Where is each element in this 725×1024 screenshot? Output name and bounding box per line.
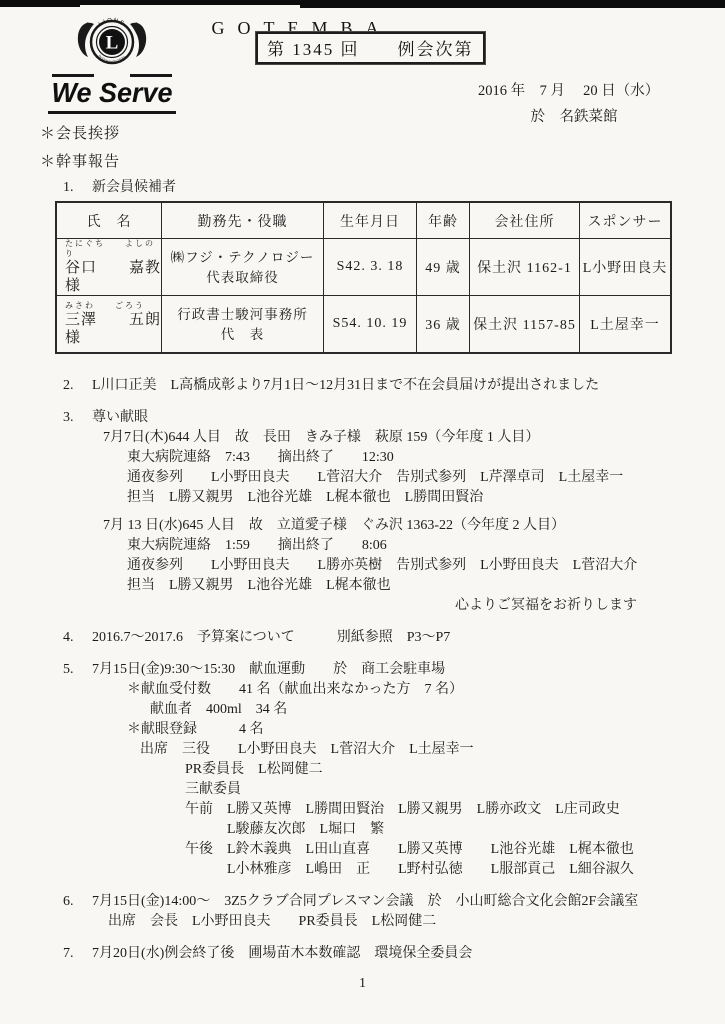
meeting-date: 2016 年 7 月 20 日（水） bbox=[478, 79, 670, 100]
item-number: 2. bbox=[63, 376, 92, 396]
workplace: ㈱フジ・テクノロジー bbox=[171, 249, 315, 266]
member-name: 三澤 五朗様 bbox=[65, 311, 161, 347]
item-title: 尊い献眼 bbox=[92, 410, 148, 425]
table-row-1-age: 49 歳 bbox=[417, 239, 470, 296]
col-header-company-address: 会社住所 bbox=[470, 203, 580, 239]
table-row-2-sponsor: L土屋幸一 bbox=[580, 296, 670, 352]
agenda-item-1: 1.新会員候補者 bbox=[0, 178, 725, 198]
scanned-meeting-agenda-page: LIONS INTERNATIONAL L We Serve GOTEMBA 第… bbox=[0, 0, 725, 1024]
item-title: 7月15日(金)9:30～15:30 献血運動 於 商工会駐車場 bbox=[92, 662, 445, 677]
item-number: 3. bbox=[63, 408, 92, 428]
table-row-1-name: たにぐち よしのり 谷口 嘉教様 bbox=[57, 239, 162, 296]
job-title: 代表取締役 bbox=[206, 269, 279, 286]
table-row-2-birthdate: S54. 10. 19 bbox=[324, 296, 417, 352]
agenda-item-2: 2.L川口正美 L高橋成彰より7月1日～12月31日まで不在会員届けが提出されま… bbox=[0, 376, 725, 396]
lions-emblem-icon: LIONS INTERNATIONAL L bbox=[74, 12, 150, 74]
table-row-2-address: 保土沢 1157-85 bbox=[470, 296, 580, 352]
condolence-message: 心よりご冥福をお祈りします bbox=[0, 596, 725, 616]
job-title: 代 表 bbox=[221, 326, 265, 343]
furigana: みさわ ごろう bbox=[65, 301, 145, 311]
eye-donation-entry-1: 7月7日(木)644 人目 故 長田 きみ子様 萩原 159（今年度 1 人目） bbox=[0, 428, 725, 448]
agenda-body: ＊会長挨拶 ＊幹事報告 1.新会員候補者 氏 名 勤務先・役職 生年月日 年齢 … bbox=[0, 122, 725, 992]
item-number: 7. bbox=[63, 944, 92, 964]
blood-donors: 献血者 400ml 34 名 bbox=[0, 700, 725, 720]
lions-club-logo: LIONS INTERNATIONAL L We Serve bbox=[42, 12, 182, 114]
agenda-item-3: 3.尊い献眼 bbox=[0, 408, 725, 428]
agenda-item-5: 5.7月15日(金)9:30～15:30 献血運動 於 商工会駐車場 bbox=[0, 660, 725, 680]
item-number: 1. bbox=[63, 178, 92, 198]
hospital-contact-2: 東大病院連絡 1:59 摘出終了 8:06 bbox=[0, 536, 725, 556]
pressman-meeting-attendees: 出席 会長 L小野田良夫 PR委員長 L松岡健二 bbox=[0, 912, 725, 932]
col-header-age: 年齢 bbox=[417, 203, 470, 239]
furigana: たにぐち よしのり bbox=[65, 239, 161, 259]
eye-donation-entry-2: 7月 13 日(水)645 人目 故 立道愛子様 ぐみ沢 1363-22（今年度… bbox=[0, 516, 725, 536]
table-row-1-address: 保土沢 1162-1 bbox=[470, 239, 580, 296]
table-row-1-birthdate: S42. 3. 18 bbox=[324, 239, 417, 296]
blood-donation-count: ＊献血受付数 41 名（献血出来なかった方 7 名） bbox=[0, 680, 725, 700]
scan-artifact-bar-left bbox=[0, 0, 80, 7]
new-member-table: 氏 名 勤務先・役職 生年月日 年齢 会社住所 スポンサー たにぐち よしのり … bbox=[55, 201, 672, 354]
item-number: 4. bbox=[63, 628, 92, 648]
morning-members: 午前 L勝又英博 L勝間田賢治 L勝又親男 L勝亦政文 L庄司政史 bbox=[0, 800, 725, 820]
lions-l-mark: L bbox=[106, 33, 119, 54]
secretary-report: ＊幹事報告 bbox=[0, 150, 725, 174]
we-serve-motto: We Serve bbox=[42, 78, 182, 110]
col-header-sponsor: スポンサー bbox=[580, 203, 670, 239]
workplace: 行政書士駿河事務所 bbox=[177, 306, 308, 323]
afternoon-members: 午後 L鈴木義典 L田山直喜 L勝又英博 L池谷光雄 L梶本徹也 bbox=[0, 840, 725, 860]
afternoon-members-cont: L小林雅彦 L嶋田 正 L野村弘徳 L服部貢己 L細谷淑久 bbox=[0, 860, 725, 880]
wake-attendees-2: 通夜参列 L小野田良夫 L勝亦英樹 告別式参列 L小野田良夫 L菅沼大介 bbox=[0, 556, 725, 576]
president-greeting: ＊会長挨拶 bbox=[0, 122, 725, 146]
table-row-1-workplace: ㈱フジ・テクノロジー 代表取締役 bbox=[162, 239, 324, 296]
table-row-2-name: みさわ ごろう 三澤 五朗様 bbox=[57, 296, 162, 352]
meeting-title-box: 第 1345 回 例会次第 bbox=[256, 32, 485, 64]
agenda-item-7: 7.7月20日(水)例会終了後 圃場苗木本数確認 環境保全委員会 bbox=[0, 944, 725, 964]
agenda-item-4: 4.2016.7～2017.6 予算案について 別紙参照 P3～P7 bbox=[0, 628, 725, 648]
persons-in-charge-2: 担当 L勝又親男 L池谷光雄 L梶本徹也 bbox=[0, 576, 725, 596]
wake-attendees-1: 通夜参列 L小野田良夫 L菅沼大介 告別式参列 L芹澤卓司 L土屋幸一 bbox=[0, 468, 725, 488]
item-title: 7月15日(金)14:00～ 3Z5クラブ合同プレスマン会議 於 小山町総合文化… bbox=[92, 894, 638, 909]
item-title: 新会員候補者 bbox=[92, 180, 176, 195]
scan-artifact-bar-mid bbox=[300, 0, 725, 8]
item-number: 6. bbox=[63, 892, 92, 912]
logo-line-left bbox=[52, 74, 94, 77]
motto-underline bbox=[48, 111, 176, 114]
agenda-item-6: 6.7月15日(金)14:00～ 3Z5クラブ合同プレスマン会議 於 小山町総合… bbox=[0, 892, 725, 912]
eye-donation-registration: ＊献眼登録 4 名 bbox=[0, 720, 725, 740]
item-title: L川口正美 L高橋成彰より7月1日～12月31日まで不在会員届けが提出されました bbox=[92, 378, 599, 393]
table-row-2-age: 36 歳 bbox=[417, 296, 470, 352]
table-row-2-workplace: 行政書士駿河事務所 代 表 bbox=[162, 296, 324, 352]
morning-members-cont: L駿藤友次郎 L堀口 繁 bbox=[0, 820, 725, 840]
sanken-committee: 三献委員 bbox=[0, 780, 725, 800]
item-title: 2016.7～2017.6 予算案について 別紙参照 P3～P7 bbox=[92, 630, 450, 645]
item-number: 5. bbox=[63, 660, 92, 680]
col-header-workplace: 勤務先・役職 bbox=[162, 203, 324, 239]
logo-line-right bbox=[130, 74, 172, 77]
col-header-name: 氏 名 bbox=[57, 203, 162, 239]
hospital-contact-1: 東大病院連絡 7:43 摘出終了 12:30 bbox=[0, 448, 725, 468]
pr-chair: PR委員長 L松岡健二 bbox=[0, 760, 725, 780]
item-title: 7月20日(水)例会終了後 圃場苗木本数確認 環境保全委員会 bbox=[92, 946, 472, 961]
page-number: 1 bbox=[0, 976, 725, 992]
member-name: 谷口 嘉教様 bbox=[65, 259, 161, 295]
table-row-1-sponsor: L小野田良夫 bbox=[580, 239, 670, 296]
col-header-birthdate: 生年月日 bbox=[324, 203, 417, 239]
attendance-officers: 出席 三役 L小野田良夫 L菅沼大介 L土屋幸一 bbox=[0, 740, 725, 760]
date-venue-block: 2016 年 7 月 20 日（水） 於 名鉄菜館 bbox=[478, 79, 670, 126]
persons-in-charge-1: 担当 L勝又親男 L池谷光雄 L梶本徹也 L勝間田賢治 bbox=[0, 488, 725, 508]
